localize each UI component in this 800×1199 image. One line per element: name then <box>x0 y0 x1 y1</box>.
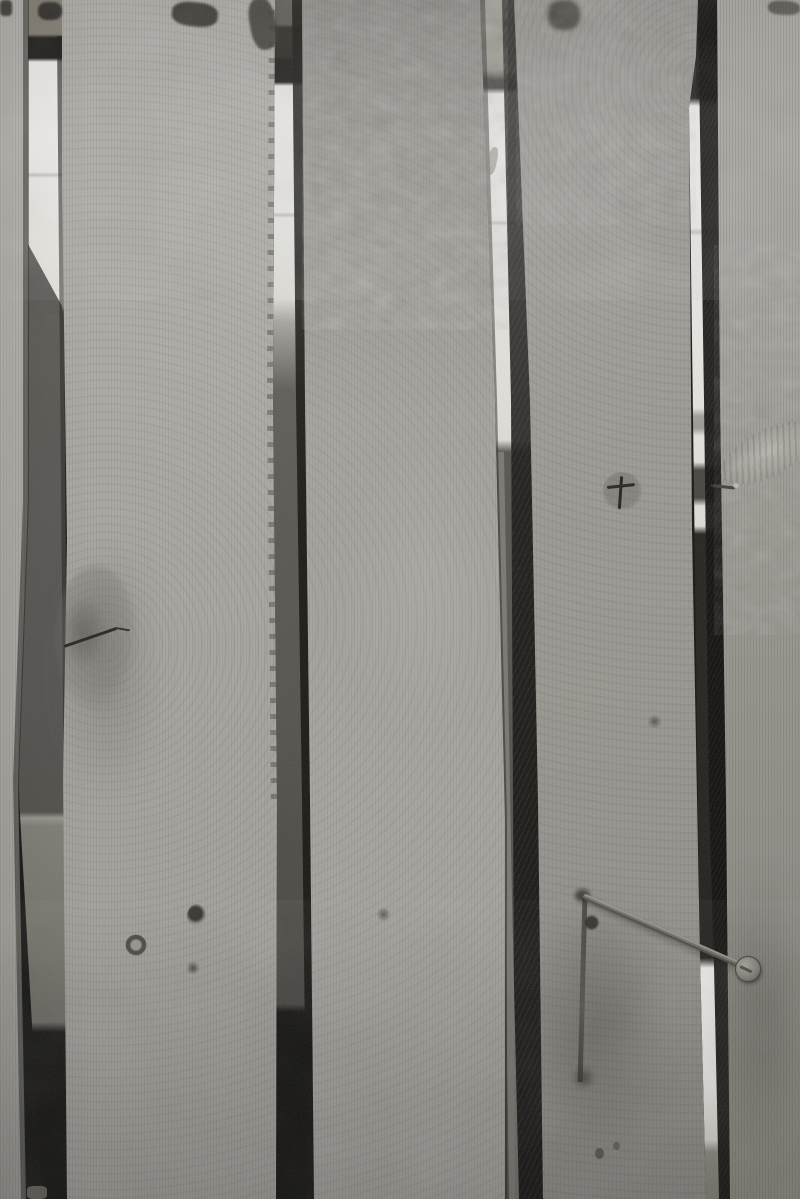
gap4-twig-tip <box>733 483 739 488</box>
nail-shadow-blob <box>571 1064 596 1091</box>
plank3-dark-mark <box>376 906 391 923</box>
plank4-scuff-mark <box>646 714 663 729</box>
top-debris-6 <box>768 0 800 16</box>
plank4-bottom-dot-2 <box>613 1142 620 1150</box>
photo-stage <box>0 0 800 1199</box>
top-debris-4 <box>548 0 580 30</box>
plank4-bottom-dot-1 <box>595 1148 604 1159</box>
gap1-bottom-debris <box>27 1186 47 1199</box>
fence-photo <box>0 0 800 1199</box>
top-debris-5 <box>0 0 12 16</box>
plank2-ring-hole <box>125 934 147 956</box>
top-debris-3 <box>38 2 62 20</box>
plank3-light-patch <box>330 420 520 740</box>
plank2-dark-dot <box>186 960 200 976</box>
plank2-nail-hole <box>187 904 206 928</box>
